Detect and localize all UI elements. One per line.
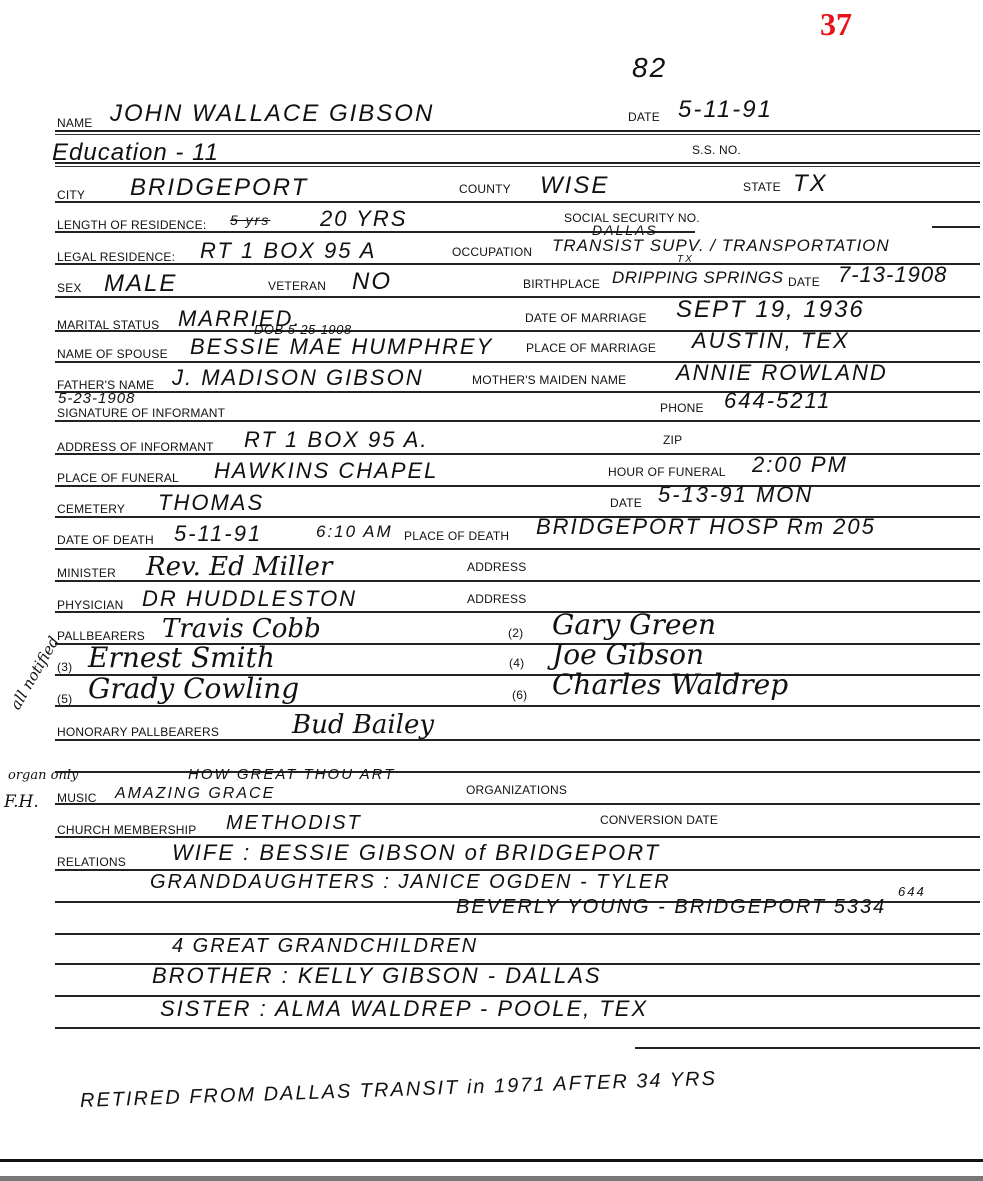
birthplace-label: BIRTHPLACE — [523, 277, 600, 291]
place-of-funeral-label: PLACE OF FUNERAL — [57, 471, 179, 485]
birth-date-label: DATE — [788, 275, 820, 289]
signature-of-informant-label: SIGNATURE OF INFORMANT — [57, 406, 225, 420]
date-label: DATE — [628, 110, 660, 124]
relations-line-6: SISTER : ALMA WALDREP - POOLE, TEX — [160, 996, 648, 1022]
rule-physician — [55, 611, 980, 613]
date-of-death-value: 5-11-91 — [174, 521, 262, 547]
relations-line-4: 4 GREAT GRANDCHILDREN — [172, 935, 478, 958]
relations-line-5: BROTHER : KELLY GIBSON - DALLAS — [152, 963, 602, 989]
zip-label: ZIP — [663, 433, 682, 447]
rule-name — [55, 130, 980, 132]
pallbearer-3: Ernest Smith — [88, 641, 275, 674]
mothers-maiden-name-label: MOTHER'S MAIDEN NAME — [472, 373, 626, 387]
length-of-residence-struck: 5 yrs — [230, 212, 270, 228]
veteran-value: NO — [352, 268, 392, 296]
file-number: 82 — [632, 52, 667, 84]
page-bottom-border — [0, 1159, 983, 1162]
birthplace-value-above: TX — [677, 254, 694, 265]
rule-father — [55, 391, 980, 393]
occupation-label: OCCUPATION — [452, 245, 532, 259]
name-value: JOHN WALLACE GIBSON — [110, 100, 434, 128]
place-of-funeral-value: HAWKINS CHAPEL — [214, 458, 438, 484]
rule-relations-6 — [55, 1027, 980, 1029]
veteran-label: VETERAN — [268, 279, 326, 293]
legal-residence-value: RT 1 BOX 95 A — [200, 238, 376, 264]
rule-funeral — [55, 485, 980, 487]
music-margin-left: F.H. — [4, 792, 39, 812]
rule-music — [55, 803, 980, 805]
rule-signature — [55, 420, 980, 422]
occupation-value: TRANSIST SUPV. / TRANSPORTATION — [552, 236, 890, 256]
time-of-death-value: 6:10 AM — [316, 522, 393, 542]
address-of-informant-value: RT 1 BOX 95 A. — [244, 427, 429, 453]
phone-label: PHONE — [660, 401, 704, 415]
cemetery-value: THOMAS — [158, 490, 264, 516]
relations-phone-prefix: 644 — [898, 884, 926, 899]
hour-of-funeral-value: 2:00 PM — [752, 452, 848, 478]
pallbearer-2-num: (2) — [508, 626, 523, 640]
place-of-marriage-label: PLACE OF MARRIAGE — [526, 341, 656, 355]
state-value: TX — [793, 170, 828, 198]
length-of-residence-label: LENGTH OF RESIDENCE: — [57, 218, 206, 232]
relations-label: RELATIONS — [57, 855, 126, 869]
minister-address-label: ADDRESS — [467, 560, 526, 574]
music-value-above: HOW GREAT THOU ART — [188, 766, 395, 783]
cemetery-label: CEMETERY — [57, 502, 125, 516]
pallbearer-1: Travis Cobb — [162, 614, 321, 644]
honorary-pallbearers-label: HONORARY PALLBEARERS — [57, 725, 219, 739]
physician-value: DR HUDDLESTON — [142, 586, 357, 612]
rule-relations-7 — [635, 1047, 980, 1049]
rule-church — [55, 836, 980, 838]
pallbearer-6: Charles Waldrep — [552, 668, 788, 701]
pallbearer-5: Grady Cowling — [88, 672, 299, 705]
rule-education-double — [55, 166, 980, 167]
pallbearer-2: Gary Green — [552, 608, 716, 641]
phone-value: 644-5211 — [724, 388, 831, 414]
date-of-marriage-value: SEPT 19, 1936 — [676, 296, 865, 324]
length-of-residence-value: 20 YRS — [320, 206, 407, 232]
place-of-marriage-value: AUSTIN, TEX — [692, 328, 850, 354]
birthplace-value: DRIPPING SPRINGS — [612, 268, 783, 288]
mothers-maiden-name-value: ANNIE ROWLAND — [676, 360, 888, 386]
music-margin-above: organ only — [8, 768, 78, 783]
church-membership-value: METHODIST — [226, 812, 362, 835]
rule-honorary — [55, 739, 980, 741]
name-of-spouse-label: NAME OF SPOUSE — [57, 347, 168, 361]
ss-no-label: S.S. NO. — [692, 143, 741, 157]
pallbearer-3-num: (3) — [57, 660, 72, 674]
sex-label: SEX — [57, 281, 82, 295]
legal-residence-label: LEGAL RESIDENCE: — [57, 250, 175, 264]
informant-note: 5-23-1908 — [58, 390, 135, 407]
sex-value: MALE — [104, 270, 177, 298]
rule-education — [55, 162, 980, 164]
county-value: WISE — [540, 172, 609, 200]
rule-death — [55, 548, 980, 550]
page-number: 37 — [820, 6, 852, 43]
pallbearer-4-num: (4) — [509, 656, 524, 670]
rule-residence-end — [932, 226, 980, 228]
date-of-marriage-label: DATE OF MARRIAGE — [525, 311, 647, 325]
place-of-death-label: PLACE OF DEATH — [404, 529, 509, 543]
footer-note: RETIRED FROM DALLAS TRANSIT in 1971 AFTE… — [80, 1068, 718, 1113]
rule-city — [55, 201, 980, 203]
minister-label: MINISTER — [57, 566, 116, 580]
physician-address-label: ADDRESS — [467, 592, 526, 606]
relations-line-2: GRANDDAUGHTERS : JANICE OGDEN - TYLER — [150, 871, 671, 894]
relations-line-1: WIFE : BESSIE GIBSON of BRIDGEPORT — [172, 840, 660, 866]
pallbearer-6-num: (6) — [512, 688, 527, 702]
margin-note: all notified — [7, 633, 63, 712]
rule-pallbearers-3 — [55, 705, 980, 707]
honorary-pallbearers-value: Bud Bailey — [292, 710, 434, 740]
church-membership-label: CHURCH MEMBERSHIP — [57, 823, 196, 837]
rule-minister — [55, 580, 980, 582]
physician-label: PHYSICIAN — [57, 598, 123, 612]
rule-name-double — [55, 134, 980, 135]
pallbearer-4: Joe Gibson — [552, 638, 704, 671]
name-of-spouse-value: BESSIE MAE HUMPHREY — [190, 334, 493, 360]
birth-date-value: 7-13-1908 — [838, 262, 947, 288]
funeral-date-value: 5-13-91 MON — [658, 482, 813, 508]
music-value: AMAZING GRACE — [115, 785, 275, 803]
date-value: 5-11-91 — [678, 96, 773, 124]
minister-value: Rev. Ed Miller — [146, 552, 332, 582]
county-label: COUNTY — [459, 182, 511, 196]
address-of-informant-label: ADDRESS OF INFORMANT — [57, 440, 214, 454]
fathers-name-value: J. MADISON GIBSON — [172, 365, 424, 391]
scan-edge — [0, 1176, 983, 1181]
funeral-date-label: DATE — [610, 496, 642, 510]
date-of-death-label: DATE OF DEATH — [57, 533, 154, 547]
pallbearer-5-num: (5) — [57, 692, 72, 706]
conversion-date-label: CONVERSION DATE — [600, 813, 718, 827]
city-label: CITY — [57, 188, 85, 202]
hour-of-funeral-label: HOUR OF FUNERAL — [608, 465, 726, 479]
relations-line-3: BEVERLY YOUNG - BRIDGEPORT 5334 — [456, 896, 886, 919]
organizations-label: ORGANIZATIONS — [466, 783, 567, 797]
name-label: NAME — [57, 116, 92, 130]
state-label: STATE — [743, 180, 781, 194]
place-of-death-value: BRIDGEPORT HOSP Rm 205 — [536, 514, 876, 540]
city-value: BRIDGEPORT — [130, 174, 308, 202]
